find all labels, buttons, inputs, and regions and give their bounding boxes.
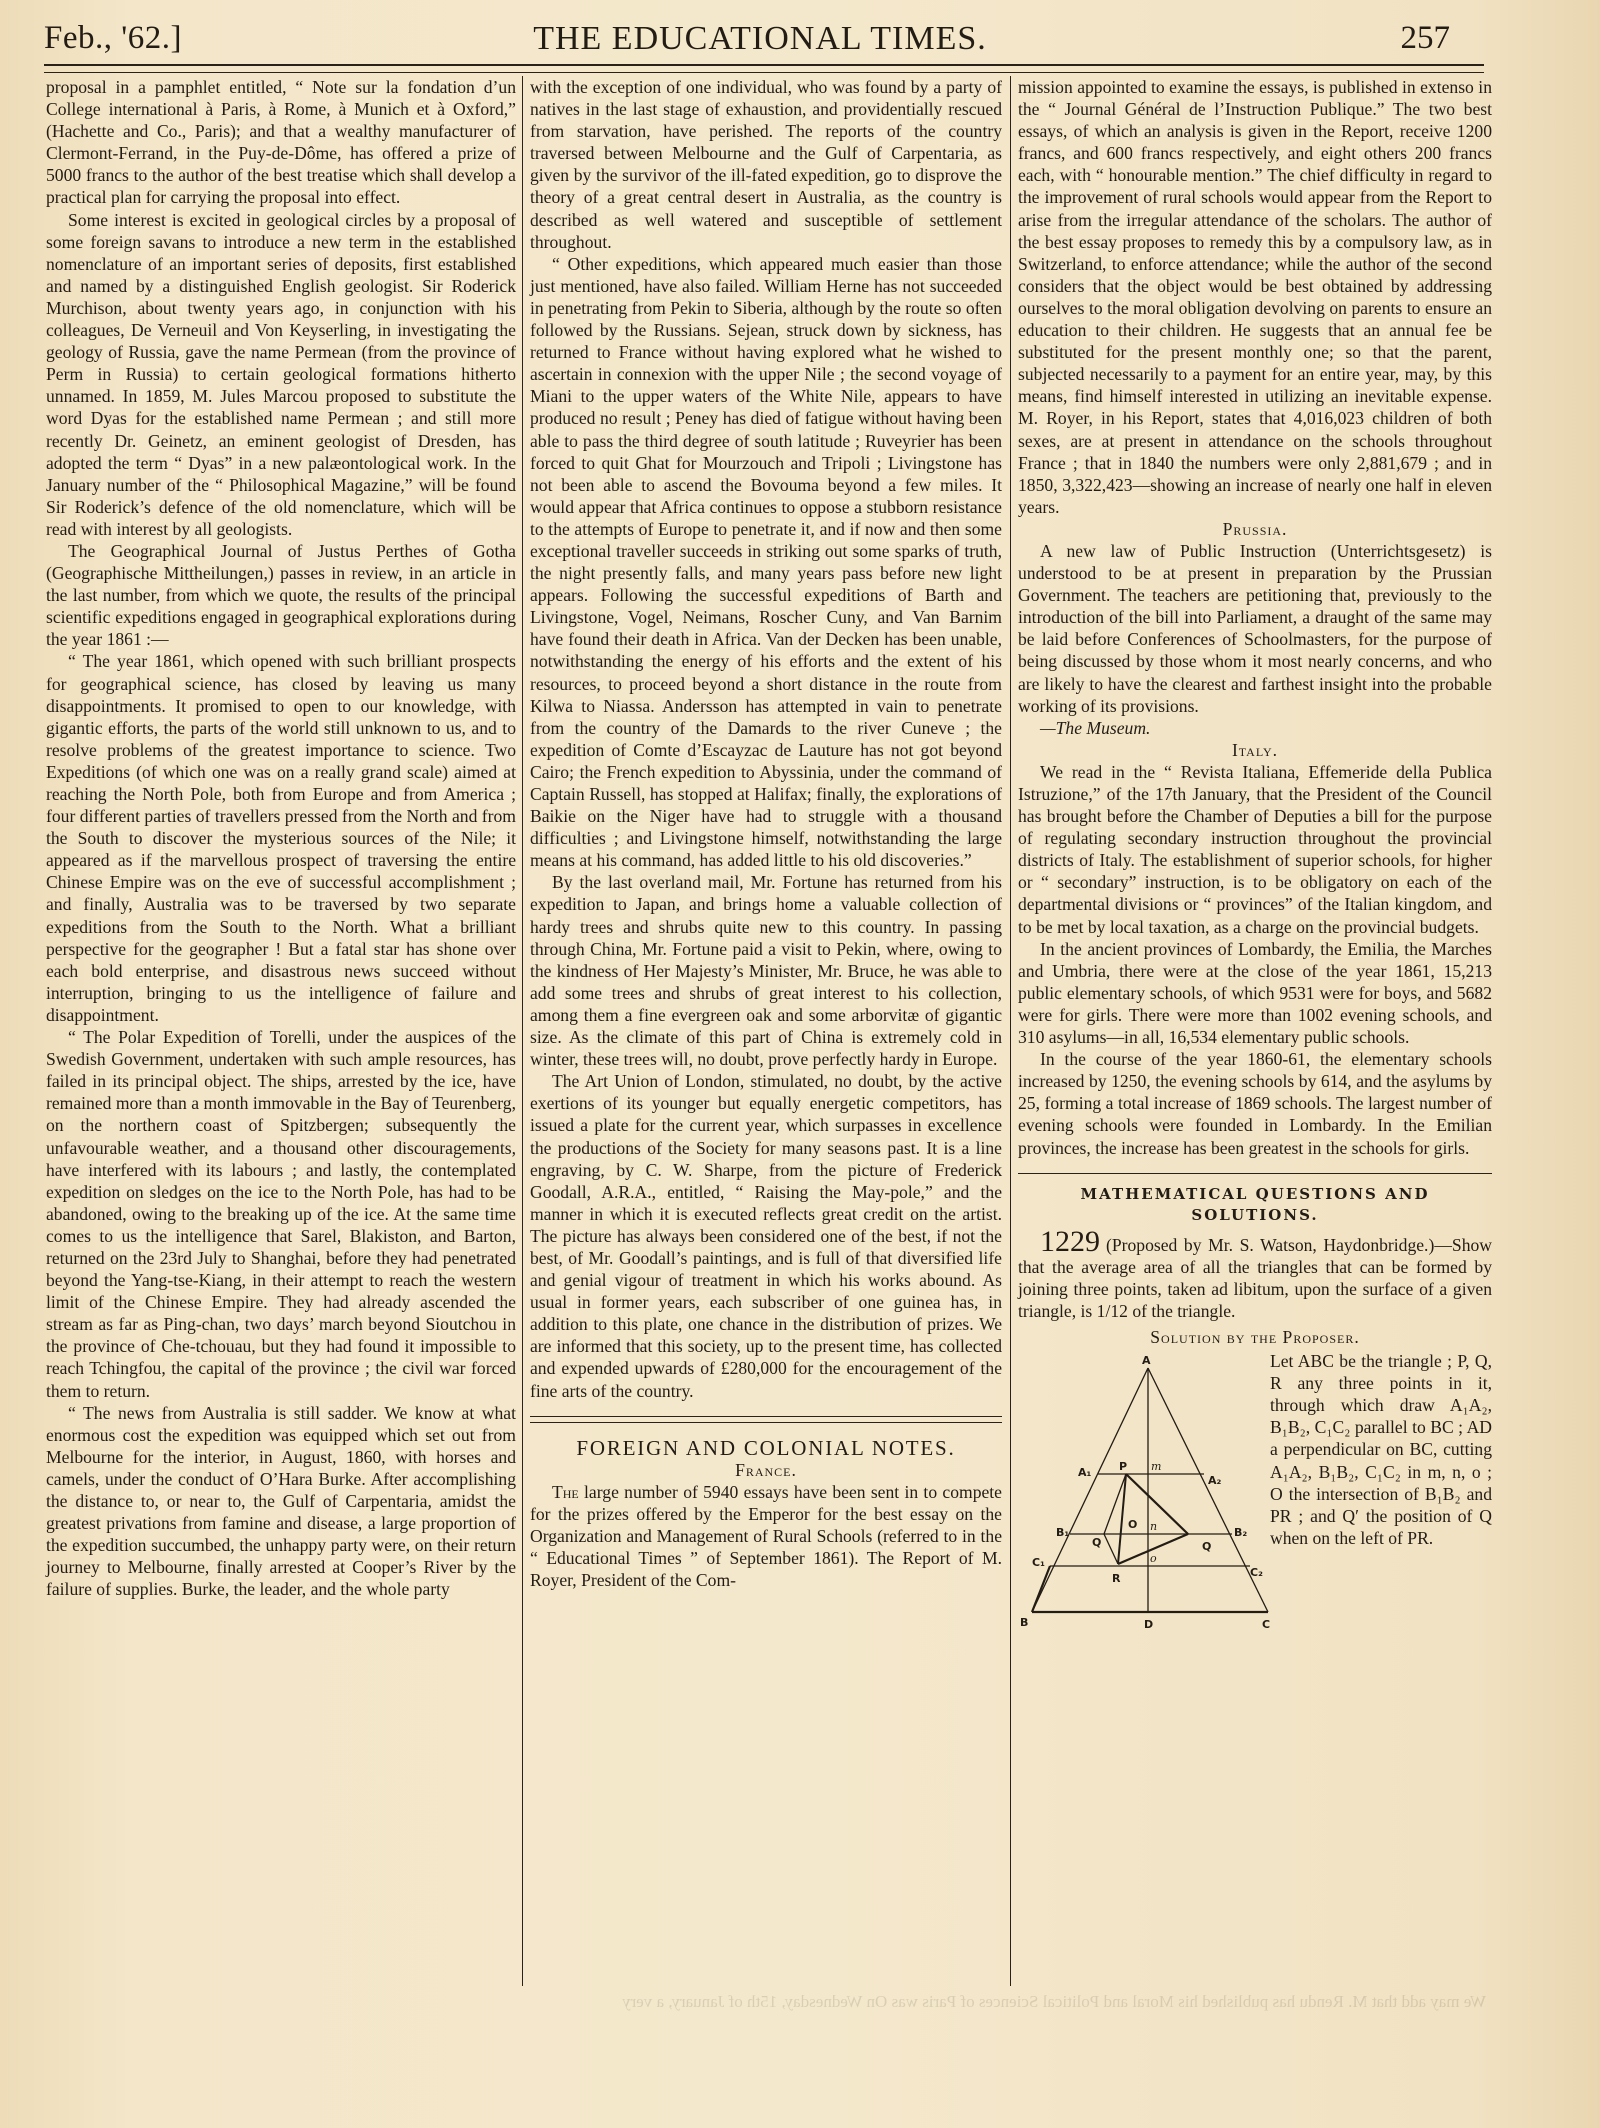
column-divider-1 [522,76,523,1986]
paragraph: Some interest is excited in geological c… [46,209,516,540]
paragraph: By the last overland mail, Mr. Fortune h… [530,871,1002,1070]
label-c1: C₁ [1032,1556,1045,1569]
subsection-heading-france: France. [530,1459,1002,1481]
label-c2: C₂ [1250,1566,1263,1579]
label-p: P [1119,1460,1127,1473]
paragraph: We read in the “ Revista Italiana, Effem… [1018,761,1492,938]
label-q: Q [1092,1536,1101,1549]
math-title-line: MATHEMATICAL QUESTIONS AND [1018,1184,1492,1205]
label-a: A [1142,1354,1151,1367]
label-o-upper: O [1128,1518,1137,1531]
paragraph: In the ancient provinces of Lombardy, th… [1018,938,1492,1048]
solution-block: A B C D P Q Q R O A₁ A₂ B₁ B₂ C₁ C₂ [1018,1350,1492,1650]
paragraph: proposal in a pamphlet entitled, “ Note … [46,76,516,209]
lead-word: The [552,1482,579,1502]
paragraph: with the exception of one individual, wh… [530,76,1002,253]
masthead-title: THE EDUCATIONAL TIMES. [40,20,1480,58]
column-3: mission appointed to examine the essays,… [1018,76,1492,1650]
newspaper-page: Feb., '62.] THE EDUCATIONAL TIMES. 257 p… [0,0,1600,2128]
section-title: FOREIGN AND COLONIAL NOTES. [530,1437,1002,1459]
paragraph: The Art Union of London, stimulated, no … [530,1070,1002,1401]
section-rule [1018,1159,1492,1174]
column-1: proposal in a pamphlet entitled, “ Note … [46,76,516,1600]
paragraph: “ Other expeditions, which appeared much… [530,253,1002,872]
header-double-rule [44,64,1484,73]
label-r: R [1112,1572,1121,1585]
page-number: 257 [1401,20,1451,57]
label-n: n [1150,1520,1157,1533]
label-b2: B₂ [1234,1526,1247,1539]
triangle-diagram: A B C D P Q Q R O A₁ A₂ B₁ B₂ C₁ C₂ [1018,1350,1288,1630]
question-number: 1229 [1040,1225,1100,1258]
column-divider-2 [1010,76,1011,1986]
paragraph: “ The year 1861, which opened with such … [46,650,516,1026]
label-m: m [1151,1460,1161,1473]
paragraph: In the course of the year 1860-61, the e… [1018,1048,1492,1158]
column-2: with the exception of one individual, wh… [530,76,1002,1591]
paragraph: “ The news from Australia is still sadde… [46,1402,516,1601]
question: 1229(Proposed by Mr. S. Watson, Haydonbr… [1018,1230,1492,1322]
label-c: C [1262,1618,1270,1630]
page-header: Feb., '62.] THE EDUCATIONAL TIMES. 257 [40,20,1480,70]
label-d: D [1144,1618,1153,1630]
source-attribution: —The Museum. [1018,717,1492,739]
label-q-prime: Q [1202,1540,1211,1553]
section-double-rule [530,1416,1002,1423]
paragraph: mission appointed to examine the essays,… [1018,76,1492,518]
solution-heading: Solution by the Proposer. [1018,1326,1492,1348]
paragraph: “ The Polar Expedition of Torelli, under… [46,1026,516,1402]
subsection-heading-italy: Italy. [1018,739,1492,761]
label-a2: A₂ [1208,1474,1222,1487]
bleed-through-text: We may add that M. Rendu has published h… [46,1992,1486,2012]
paragraph-text: large number of 5940 essays have been se… [530,1482,1002,1590]
math-title-line: SOLUTIONS. [1018,1205,1492,1226]
paragraph: A new law of Public Instruction (Unterri… [1018,540,1492,717]
paragraph: The Geographical Journal of Justus Perth… [46,540,516,650]
label-b1: B₁ [1056,1526,1069,1539]
subsection-heading-prussia: Prussia. [1018,518,1492,540]
label-o: o [1150,1552,1157,1565]
label-b: B [1020,1616,1028,1629]
solution-text: Let ABC be the triangle ; P, Q, R any th… [1270,1350,1492,1549]
math-section-title: MATHEMATICAL QUESTIONS AND SOLUTIONS. [1018,1184,1492,1226]
paragraph: The large number of 5940 essays have bee… [530,1481,1002,1591]
label-a1: A₁ [1078,1466,1092,1479]
